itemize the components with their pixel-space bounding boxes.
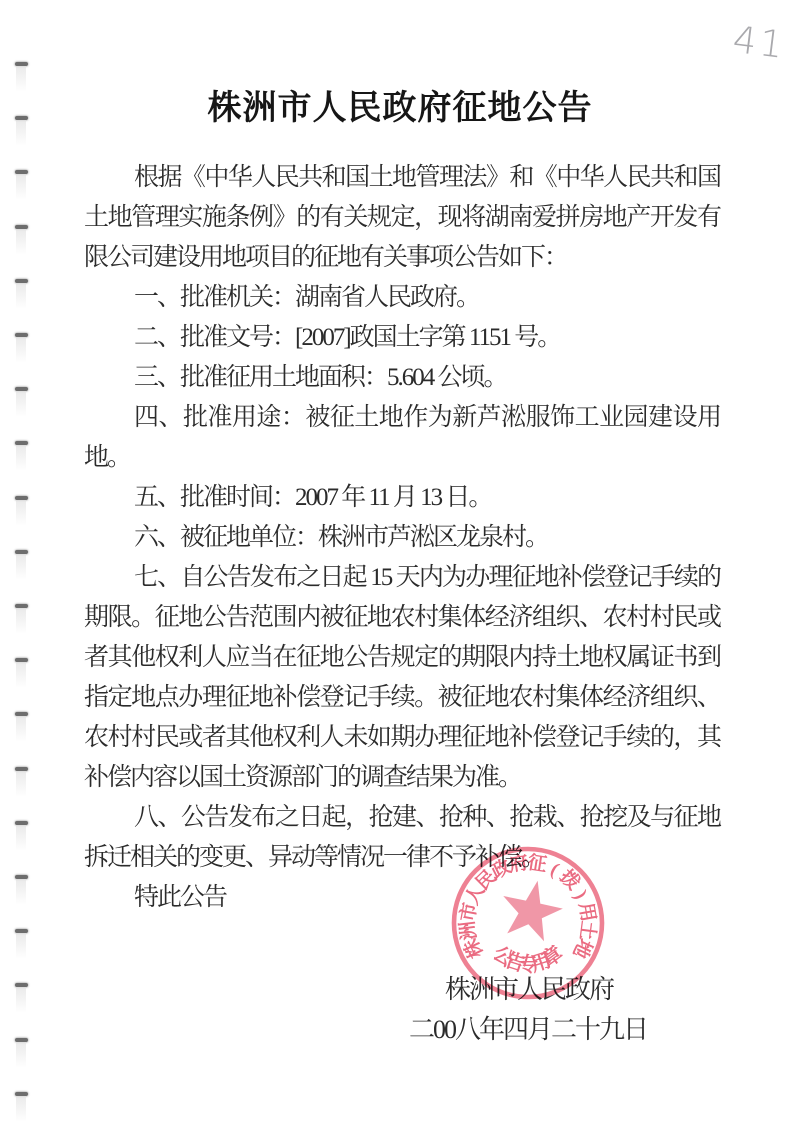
- binding-mark: [15, 441, 28, 445]
- paragraph: 六、被征地单位：株洲市芦淞区龙泉村。: [84, 518, 720, 558]
- paragraph: 五、批准时间：2007 年 11 月 13 日。: [84, 478, 720, 518]
- document-body: 根据《中华人民共和国土地管理法》和《中华人民共和国土地管理实施条例》的有关规定，…: [84, 158, 720, 1050]
- binding-mark: [15, 62, 28, 66]
- paragraph: 一、批准机关：湖南省人民政府。: [84, 278, 720, 318]
- paragraph: 三、批准征用土地面积：5.604 公顷。: [84, 358, 720, 398]
- binding-mark: [15, 767, 28, 771]
- paragraph: 七、自公告发布之日起 15 天内为办理征地补偿登记手续的期限。征地公告范围内被征…: [84, 558, 720, 798]
- binding-mark: [15, 170, 28, 174]
- paragraph: 八、公告发布之日起，抢建、抢种、抢栽、抢挖及与征地拆迁相关的变更、异动等情况一律…: [84, 798, 720, 878]
- document-page: 41 株洲市人民政府征地公告 根据《中华人民共和国土地管理法》和《中华人民共和国…: [0, 0, 800, 1132]
- paragraph-list: 根据《中华人民共和国土地管理法》和《中华人民共和国土地管理实施条例》的有关规定，…: [84, 158, 720, 878]
- binding-mark: [15, 387, 28, 391]
- document-title: 株洲市人民政府征地公告: [0, 0, 800, 132]
- binding-mark: [15, 1092, 28, 1096]
- paragraph: 根据《中华人民共和国土地管理法》和《中华人民共和国土地管理实施条例》的有关规定，…: [84, 158, 720, 278]
- binding-mark: [15, 875, 28, 879]
- binding-mark: [15, 929, 28, 933]
- paragraph: 二、批准文号：[2007]政国土字第 1151 号。: [84, 318, 720, 358]
- binding-mark: [15, 604, 28, 608]
- binding-mark: [15, 550, 28, 554]
- binding-mark: [15, 333, 28, 337]
- binding-mark: [15, 983, 28, 987]
- signature-line: 株洲市人民政府: [84, 970, 720, 1010]
- paragraph: 四、批准用途：被征土地作为新芦淞服饰工业园建设用地。: [84, 398, 720, 478]
- binding-marks: [0, 0, 40, 1132]
- binding-mark: [15, 279, 28, 283]
- binding-mark: [15, 116, 28, 120]
- page-number-handwritten: 41: [731, 21, 788, 64]
- closing-line: 特此公告: [84, 878, 720, 918]
- binding-mark: [15, 712, 28, 716]
- binding-mark: [15, 225, 28, 229]
- binding-mark: [15, 1038, 28, 1042]
- binding-mark: [15, 496, 28, 500]
- binding-mark: [15, 658, 28, 662]
- binding-mark: [15, 821, 28, 825]
- date-line: 二00八年四月二十九日: [84, 1010, 720, 1050]
